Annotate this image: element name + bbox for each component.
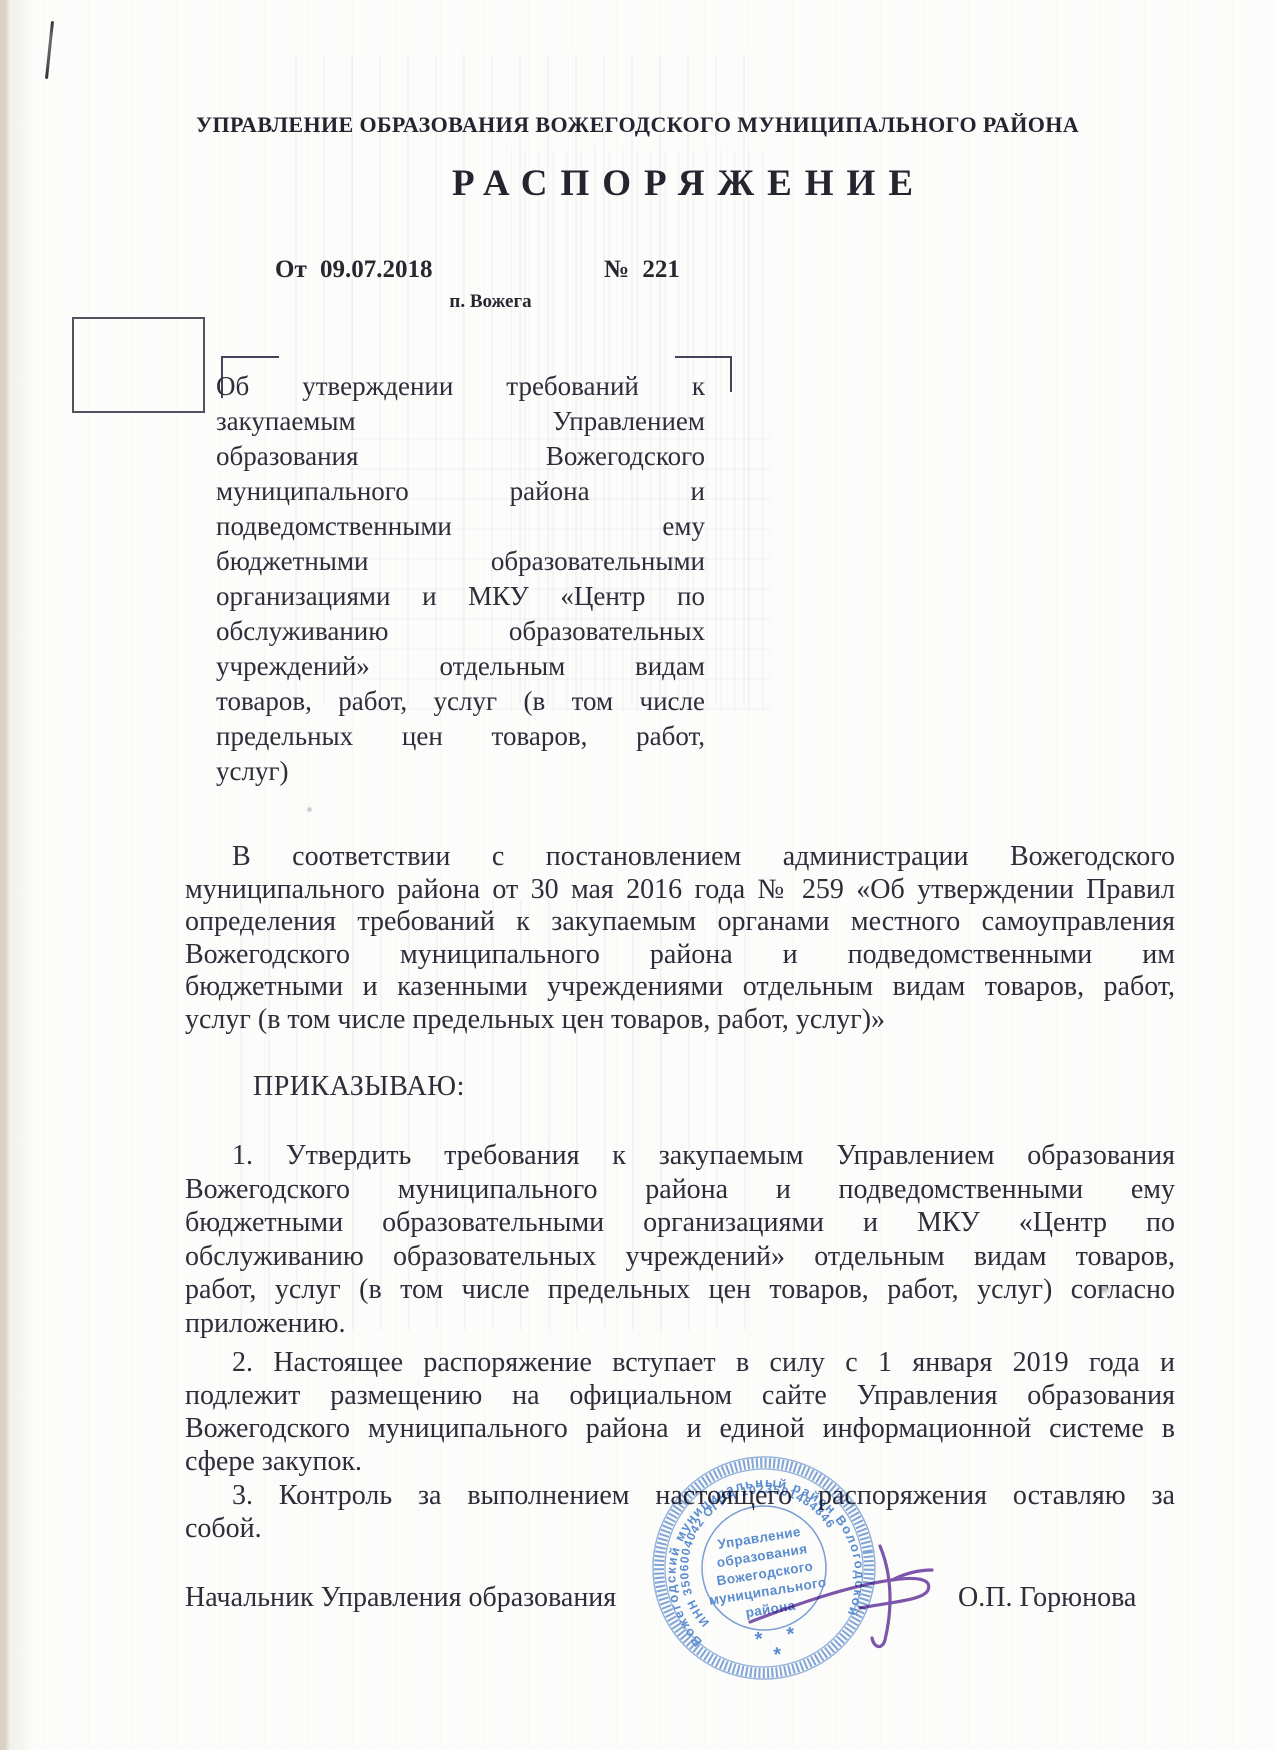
signer-position: Начальник Управления образования bbox=[185, 1582, 616, 1614]
text-line: муниципального района и bbox=[216, 474, 705, 509]
text-line: определения требований к закупаемым орга… bbox=[185, 906, 1175, 939]
text-line: Вожегодского муниципального района и под… bbox=[185, 939, 1175, 972]
scanned-document-page: УПРАВЛЕНИЕ ОБРАЗОВАНИЯ ВОЖЕГОДСКОГО МУНИ… bbox=[0, 0, 1275, 1750]
text-line: подлежит размещению на официальном сайте… bbox=[185, 1379, 1175, 1412]
text-line: образования Вожегодского bbox=[216, 439, 705, 474]
text-line: услуг (в том числе предельных цен товаро… bbox=[185, 1004, 1175, 1037]
text-line: обслуживанию образовательных учреждений»… bbox=[185, 1240, 1175, 1274]
text-line: подведомственными ему bbox=[216, 509, 705, 544]
signer-name: О.П. Горюнова bbox=[958, 1582, 1136, 1614]
text-line: 2. Настоящее распоряжение вступает в сил… bbox=[185, 1346, 1175, 1379]
org-name: УПРАВЛЕНИЕ ОБРАЗОВАНИЯ ВОЖЕГОДСКОГО МУНИ… bbox=[185, 112, 1090, 138]
text-line: бюджетными образовательными организациям… bbox=[185, 1206, 1175, 1240]
subject-block: Об утверждении требований кзакупаемым Уп… bbox=[216, 369, 705, 789]
blank-stamp-box bbox=[72, 317, 205, 413]
doc-type-title: РАСПОРЯЖЕНИЕ bbox=[452, 162, 926, 205]
text-line: Вожегодского муниципального района и под… bbox=[185, 1173, 1175, 1207]
order-item-1: 1. Утвердить требования к закупаемым Упр… bbox=[185, 1139, 1175, 1340]
text-line: 1. Утвердить требования к закупаемым Упр… bbox=[185, 1139, 1175, 1173]
doc-date: От 09.07.2018 bbox=[275, 256, 432, 284]
text-line: работ, услуг (в том числе предельных цен… bbox=[185, 1273, 1175, 1307]
text-line: бюджетными и казенными учреждениями отде… bbox=[185, 971, 1175, 1004]
page-scan-edge bbox=[0, 0, 34, 1750]
text-line: предельных цен товаров, работ, bbox=[216, 719, 705, 754]
text-line: Вожегодского муниципального района и еди… bbox=[185, 1412, 1175, 1445]
doc-place: п. Вожега bbox=[418, 291, 563, 313]
scan-smudge bbox=[306, 806, 313, 813]
text-line: товаров, работ, услуг (в том числе bbox=[216, 684, 705, 719]
order-word: ПРИКАЗЫВАЮ: bbox=[253, 1071, 465, 1103]
text-line: бюджетными образовательными bbox=[216, 544, 705, 579]
text-line: муниципального района от 30 мая 2016 год… bbox=[185, 874, 1175, 907]
text-line: приложению. bbox=[185, 1307, 1175, 1341]
text-line: В соответствии с постановлением админист… bbox=[185, 841, 1175, 874]
staple-mark bbox=[45, 21, 54, 79]
signature-icon bbox=[742, 1540, 952, 1660]
handwritten-signature bbox=[742, 1540, 952, 1660]
text-line: Об утверждении требований к bbox=[216, 369, 705, 404]
text-line: учреждений» отдельным видам bbox=[216, 649, 705, 684]
text-line: услуг) bbox=[216, 754, 705, 789]
text-line: обслуживанию образовательных bbox=[216, 614, 705, 649]
text-line: закупаемым Управлением bbox=[216, 404, 705, 439]
text-line: организациями и МКУ «Центр по bbox=[216, 579, 705, 614]
preamble-paragraph: В соответствии с постановлением админист… bbox=[185, 841, 1175, 1036]
doc-number: № 221 bbox=[604, 256, 680, 284]
